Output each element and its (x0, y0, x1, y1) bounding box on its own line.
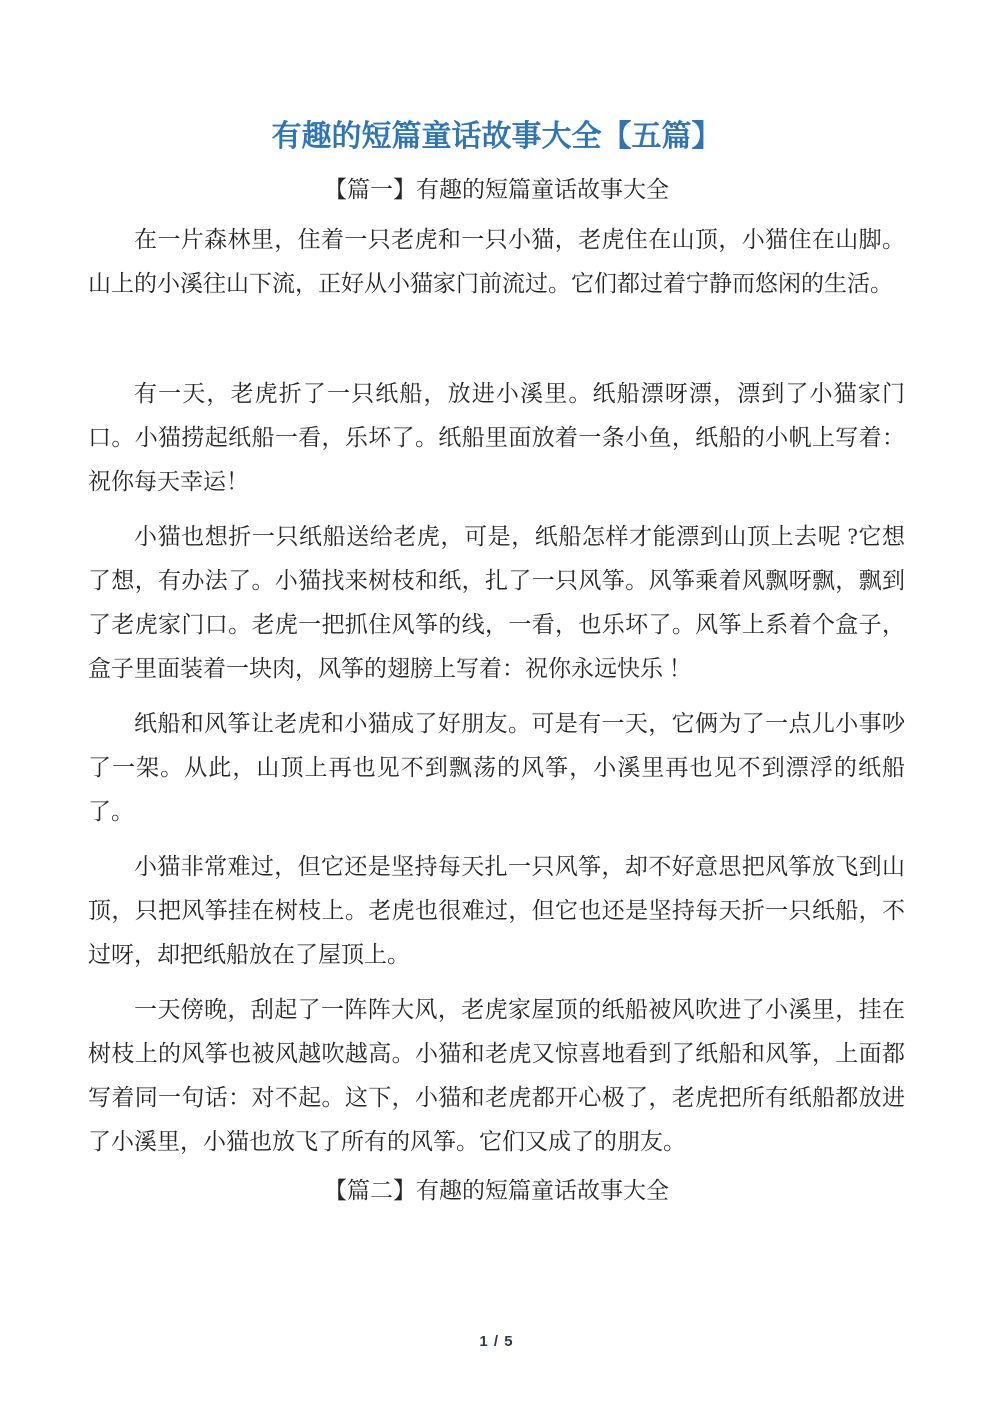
paragraph-1: 在一片森林里，住着一只老虎和一只小猫，老虎住在山顶，小猫住在山脚。山上的小溪往山… (88, 218, 905, 306)
page-footer: 1 / 5 (0, 1333, 993, 1351)
paragraph-3: 小猫也想折一只纸船送给老虎，可是，纸船怎样才能漂到山顶上去呢 ?它想了想，有办法… (88, 515, 905, 691)
empty-paragraph (88, 317, 905, 361)
paragraph-5: 小猫非常难过，但它还是坚持每天扎一只风筝，却不好意思把风筝放飞到山顶，只把风筝挂… (88, 845, 905, 977)
section-1-heading: 【篇一】有趣的短篇童话故事大全 (88, 174, 905, 206)
paragraph-4: 纸船和风筝让老虎和小猫成了好朋友。可是有一天，它俩为了一点儿小事吵了一架。从此，… (88, 702, 905, 834)
page-number: 1 / 5 (479, 1333, 513, 1350)
paragraph-2: 有一天，老虎折了一只纸船，放进小溪里。纸船漂呀漂，漂到了小猫家门口。小猫捞起纸船… (88, 372, 905, 504)
document-page: 有趣的短篇童话故事大全【五篇】 【篇一】有趣的短篇童话故事大全 在一片森林里，住… (0, 0, 993, 1404)
section-2-heading: 【篇二】有趣的短篇童话故事大全 (88, 1175, 905, 1207)
paragraph-6: 一天傍晚，刮起了一阵阵大风，老虎家屋顶的纸船被风吹进了小溪里，挂在树枝上的风筝也… (88, 988, 905, 1164)
document-title: 有趣的短篇童话故事大全【五篇】 (88, 118, 905, 156)
